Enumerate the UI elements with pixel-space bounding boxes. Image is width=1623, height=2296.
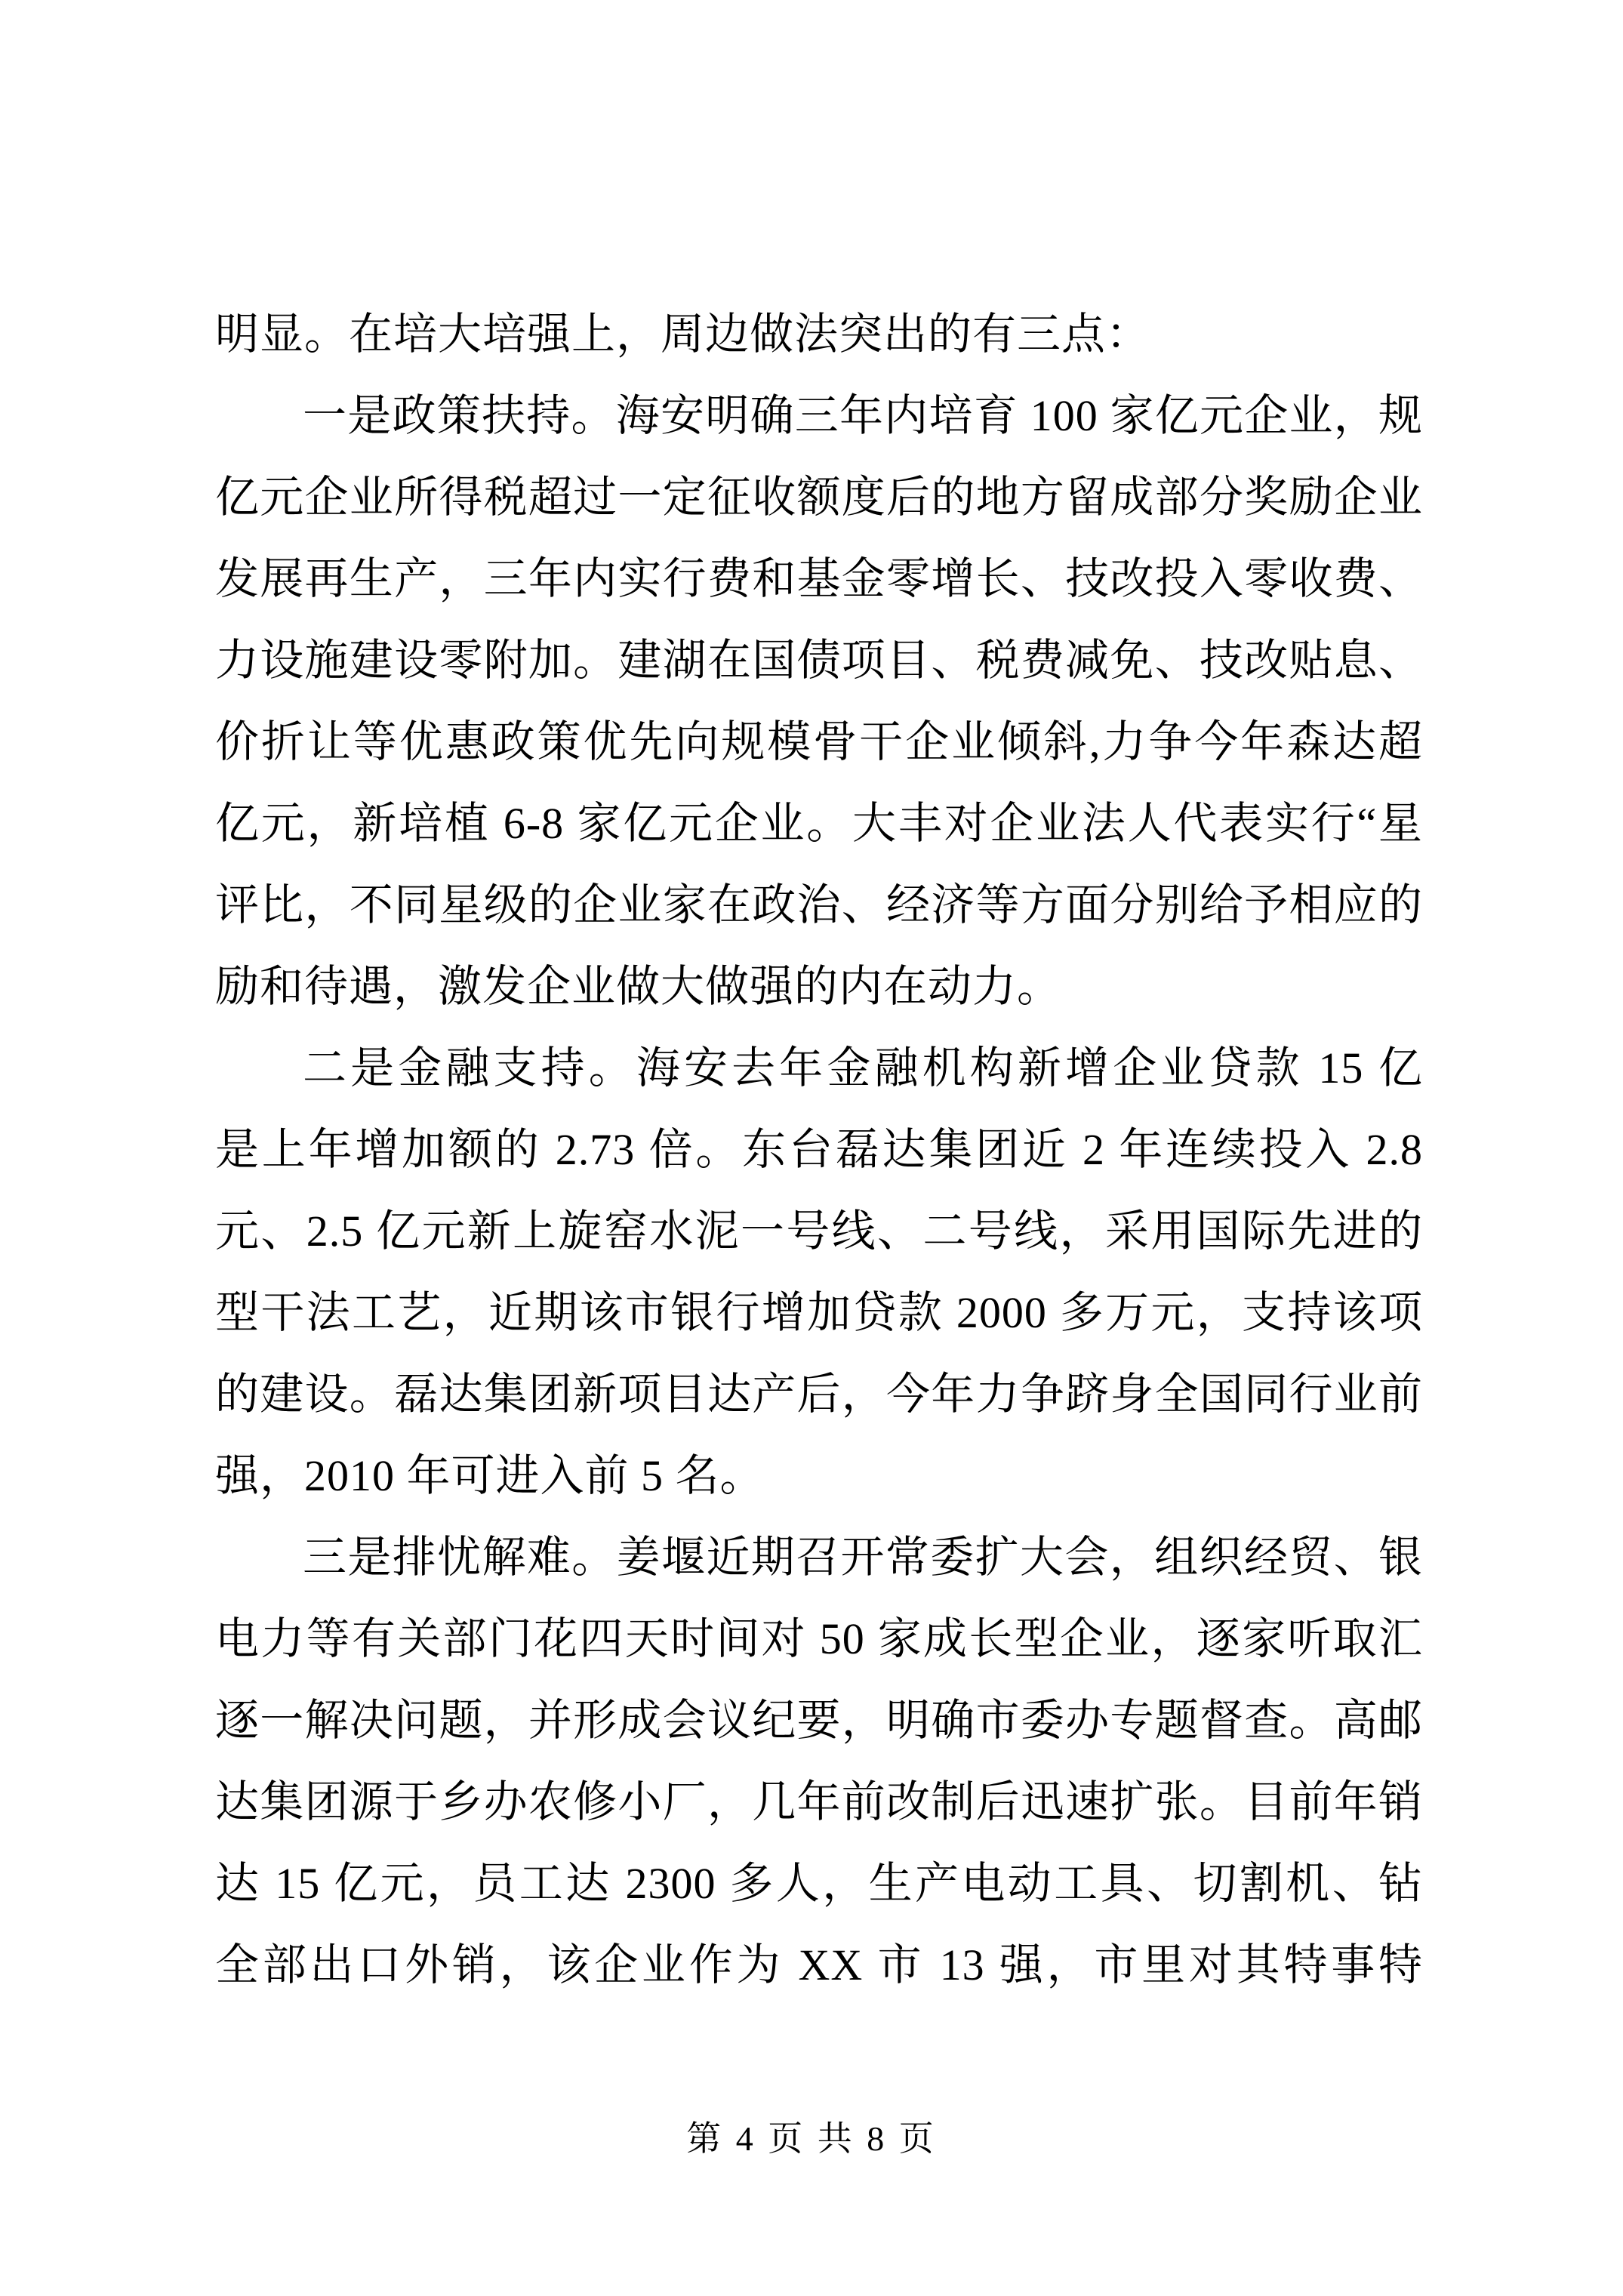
text-line: 三是排忧解难。姜堰近期召开常委扩大会，组织经贸、银行、 bbox=[215, 1517, 1423, 1598]
text-line: 亿元，新培植 6-8 家亿元企业。大丰对企业法人代表实行“星级” bbox=[215, 783, 1423, 864]
text-line: 电力等有关部门花四天时间对 50 家成长型企业，逐家听取汇报， bbox=[215, 1598, 1423, 1680]
page-number-label: 第 4 页 共 8 页 bbox=[686, 2119, 937, 2158]
text-line: 元、2.5 亿元新上旋窑水泥一号线、二号线，采用国际先进的新 bbox=[215, 1191, 1423, 1272]
text-line: 逐一解决问题，并形成会议纪要，明确市委办专题督查。高邮飞 bbox=[215, 1680, 1423, 1761]
text-line: 强，2010 年可进入前 5 名。 bbox=[215, 1435, 1423, 1517]
document-body: 明显。在培大培强上，周边做法突出的有三点： 一是政策扶持。海安明确三年内培育 1… bbox=[215, 294, 1423, 2006]
text-line: 的建设。磊达集团新项目达产后，今年力争跻身全国同行业前十 bbox=[215, 1354, 1423, 1435]
text-line: 达集团源于乡办农修小厂，几年前改制后迅速扩张。目前年销售 bbox=[215, 1761, 1423, 1843]
text-line: 型干法工艺，近期该市银行增加贷款 2000 多万元，支持该项目 bbox=[215, 1272, 1423, 1354]
document-page: 明显。在培大培强上，周边做法突出的有三点： 一是政策扶持。海安明确三年内培育 1… bbox=[0, 0, 1623, 2296]
text-line: 励和待遇，激发企业做大做强的内在动力。 bbox=[215, 946, 1423, 1028]
text-line: 力设施建设零附加。建湖在国债项目、税费减免、技改贴息、电 bbox=[215, 620, 1423, 701]
text-line: 发展再生产，三年内实行费和基金零增长、技改投入零收费、电 bbox=[215, 538, 1423, 620]
text-line: 二是金融支持。海安去年金融机构新增企业贷款 15 亿元， bbox=[215, 1028, 1423, 1109]
text-line: 达 15 亿元，员工达 2300 多人，生产电动工具、切割机、钻头， bbox=[215, 1843, 1423, 1925]
page-footer: 第 4 页 共 8 页 bbox=[0, 2114, 1623, 2164]
text-line: 是上年增加额的 2.73 倍。东台磊达集团近 2 年连续投入 2.8 亿 bbox=[215, 1109, 1423, 1191]
text-line: 一是政策扶持。海安明确三年内培育 100 家亿元企业，规定 bbox=[215, 375, 1423, 457]
text-line: 全部出口外销，该企业作为 XX 市 13 强，市里对其特事特办，给 bbox=[215, 1925, 1423, 2006]
text-line: 价折让等优惠政策优先向规模骨干企业倾斜,力争今年森达超50 bbox=[215, 701, 1423, 783]
text-line: 明显。在培大培强上，周边做法突出的有三点： bbox=[215, 294, 1423, 375]
text-line: 亿元企业所得税超过一定征收额度后的地方留成部分奖励企业 bbox=[215, 457, 1423, 538]
text-line: 评比，不同星级的企业家在政治、经济等方面分别给予相应的奖 bbox=[215, 864, 1423, 946]
